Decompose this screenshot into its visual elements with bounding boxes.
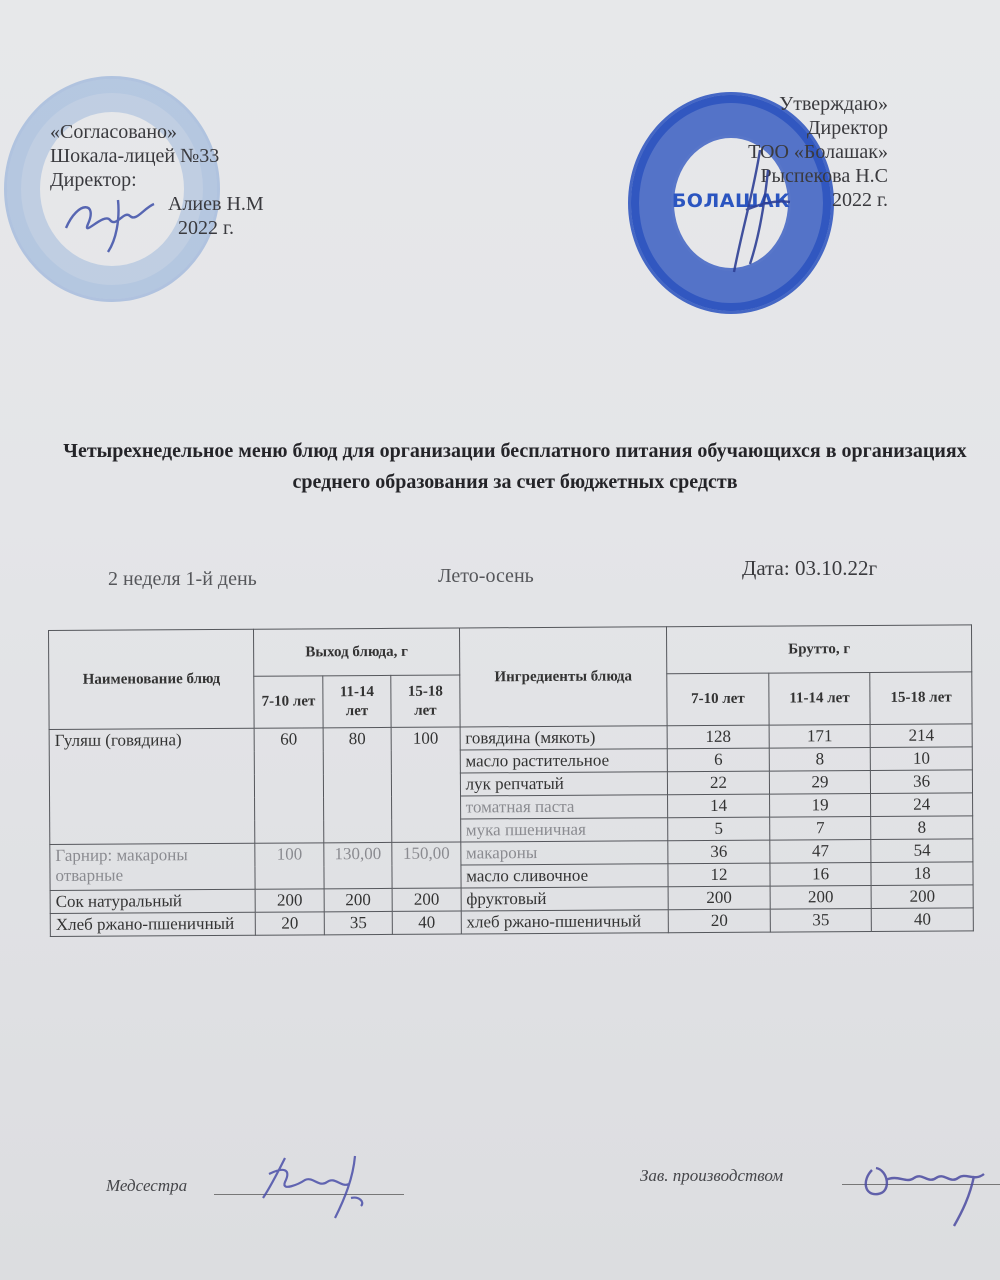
ingredient-gross: 29 bbox=[769, 770, 871, 794]
dish-yield: 100 bbox=[391, 727, 460, 842]
ingredient-gross: 200 bbox=[770, 885, 872, 909]
date-label: Дата: 03.10.22г bbox=[742, 556, 877, 581]
ingredient-gross: 54 bbox=[871, 839, 973, 863]
dish-name: Гарнир: макароны отварные bbox=[50, 843, 256, 890]
dish-yield: 200 bbox=[392, 888, 461, 911]
approval-right-line-1: Утверждаю» bbox=[720, 92, 888, 116]
header-gross-age-7-10: 7-10 лет bbox=[667, 673, 769, 726]
ingredient-name: фруктовый bbox=[461, 887, 669, 911]
header-yield-age-7-10: 7-10 лет bbox=[254, 676, 323, 728]
dish-yield: 200 bbox=[324, 888, 393, 911]
header-yield-age-15-18: 15-18 лет bbox=[391, 675, 460, 727]
season-label: Лето-осень bbox=[438, 565, 534, 588]
dish-yield: 60 bbox=[254, 728, 323, 843]
dish-yield: 100 bbox=[255, 843, 324, 889]
nurse-signature-icon bbox=[255, 1148, 395, 1228]
ingredient-gross: 200 bbox=[668, 886, 770, 910]
menu-table: Наименование блюд Выход блюда, г Ингреди… bbox=[48, 624, 974, 937]
dish-name: Сок натуральный bbox=[50, 889, 255, 913]
ingredient-gross: 128 bbox=[667, 725, 769, 749]
ingredient-name: говядина (мякоть) bbox=[460, 726, 668, 750]
document-page: «Согласовано» Шокала-лицей №33 Директор:… bbox=[0, 0, 1000, 1280]
ingredient-gross: 5 bbox=[668, 817, 770, 841]
approval-left-line-3: Директор: bbox=[50, 168, 264, 192]
ingredient-gross: 47 bbox=[770, 839, 872, 863]
approval-left-line-2: Шокала-лицей №33 bbox=[50, 144, 264, 168]
ingredient-gross: 16 bbox=[770, 862, 872, 886]
ingredient-gross: 36 bbox=[871, 770, 973, 794]
dish-yield: 80 bbox=[323, 727, 392, 842]
ingredient-gross: 10 bbox=[871, 747, 973, 771]
table-row: Хлеб ржано-пшеничный 20 35 40 хлеб ржано… bbox=[50, 908, 973, 937]
header-gross-age-11-14: 11-14 лет bbox=[769, 672, 871, 725]
ingredient-gross: 20 bbox=[668, 909, 770, 933]
ingredient-name: хлеб ржано-пшеничный bbox=[461, 910, 669, 934]
week-day-label: 2 неделя 1-й день bbox=[108, 568, 257, 591]
dish-name: Гуляш (говядина) bbox=[49, 728, 255, 844]
header-dish-name: Наименование блюд bbox=[49, 629, 255, 729]
approval-left-line-1: «Согласовано» bbox=[50, 120, 264, 144]
ingredient-gross: 12 bbox=[668, 863, 770, 887]
ingredient-gross: 22 bbox=[668, 771, 770, 795]
ingredient-gross: 200 bbox=[871, 885, 973, 909]
dish-yield: 150,00 bbox=[392, 842, 461, 888]
ingredient-gross: 6 bbox=[667, 748, 769, 772]
ingredient-gross: 214 bbox=[870, 724, 972, 748]
ingredient-gross: 19 bbox=[769, 793, 871, 817]
ingredient-name: мука пшеничная bbox=[460, 818, 668, 842]
ingredient-gross: 36 bbox=[668, 840, 770, 864]
document-title: Четырехнедельное меню блюд для организац… bbox=[55, 436, 975, 498]
production-chief-label: Зав. производством bbox=[640, 1166, 783, 1186]
dish-yield: 35 bbox=[324, 911, 393, 934]
dish-yield: 200 bbox=[255, 889, 324, 912]
ingredient-gross: 8 bbox=[769, 747, 871, 771]
approval-right-line-2: Директор bbox=[720, 116, 888, 140]
header-yield: Выход блюда, г bbox=[254, 628, 460, 676]
nurse-label: Медсестра bbox=[106, 1176, 187, 1196]
director-signature-right-icon bbox=[720, 140, 810, 280]
ingredient-gross: 40 bbox=[872, 908, 974, 932]
ingredient-gross: 18 bbox=[871, 862, 973, 886]
dish-yield: 130,00 bbox=[324, 842, 393, 888]
ingredient-gross: 24 bbox=[871, 793, 973, 817]
dish-yield: 20 bbox=[256, 912, 325, 935]
dish-name: Хлеб ржано-пшеничный bbox=[50, 912, 255, 936]
ingredient-gross: 8 bbox=[871, 816, 973, 840]
ingredient-gross: 7 bbox=[769, 816, 871, 840]
ingredient-name: макароны bbox=[460, 841, 668, 865]
ingredient-name: томатная паста bbox=[460, 795, 668, 819]
ingredient-name: лук репчатый bbox=[460, 772, 668, 796]
ingredient-gross: 35 bbox=[770, 908, 872, 932]
header-yield-age-11-14: 11-14 лет bbox=[323, 675, 392, 727]
chief-signature-icon bbox=[858, 1150, 1000, 1230]
ingredient-name: масло растительное bbox=[460, 749, 668, 773]
ingredient-name: масло сливочное bbox=[461, 864, 669, 888]
header-ingredients: Ингредиенты блюда bbox=[459, 627, 667, 727]
ingredient-gross: 14 bbox=[668, 794, 770, 818]
dish-yield: 40 bbox=[392, 911, 461, 934]
ingredient-gross: 171 bbox=[769, 724, 871, 748]
header-gross-age-15-18: 15-18 лет bbox=[870, 672, 972, 725]
director-signature-left-icon bbox=[58, 190, 168, 260]
header-gross: Брутто, г bbox=[667, 625, 972, 674]
